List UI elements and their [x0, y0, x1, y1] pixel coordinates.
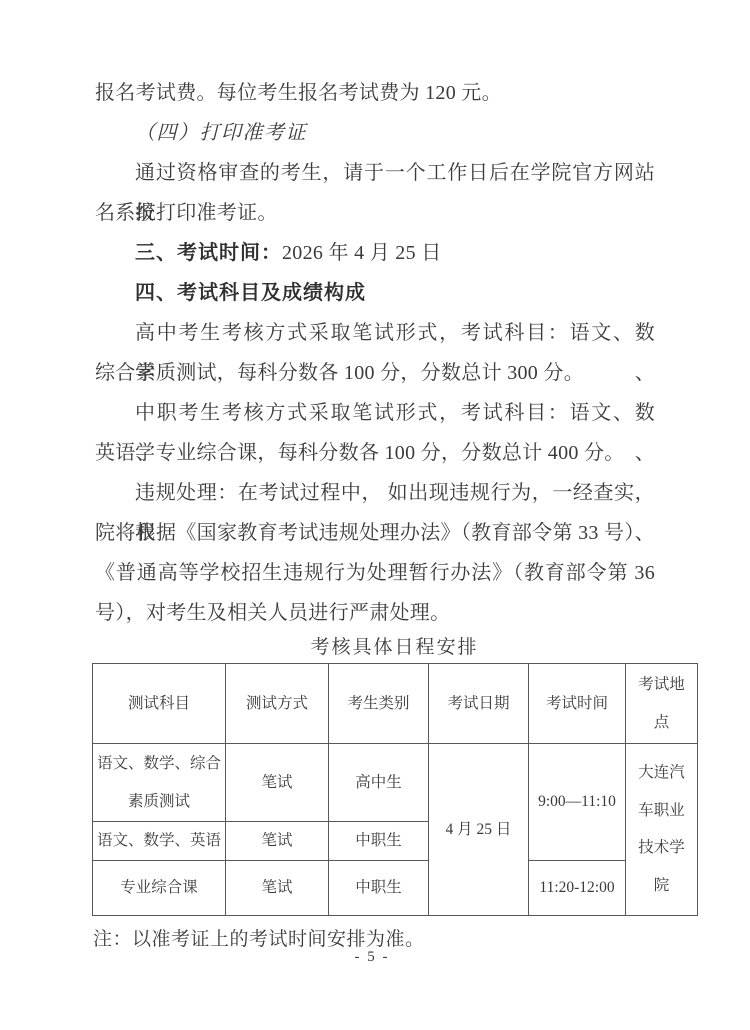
header-cell-location: 考试地点	[626, 664, 698, 744]
exam-date-text: 2026 年 4 月 25 日	[282, 242, 442, 264]
schedule-table: 测试科目 测试方式 考生类别 考试日期 考试时间 考试地点 语文、数学、综合素质…	[92, 663, 698, 916]
table-row: 语文、数学、综合素质测试 笔试 高中生 4 月 25 日 9:00—11:10 …	[93, 744, 698, 822]
cell-mode: 笔试	[226, 822, 329, 861]
body-line: 号），对考生及相关人员进行严肃处理。	[95, 593, 655, 633]
table-header-row: 测试科目 测试方式 考生类别 考试日期 考试时间 考试地点	[93, 664, 698, 744]
body-line: 院将根据《国家教育考试违规处理办法》（教育部令第 33 号）、	[95, 513, 655, 553]
table-row: 专业综合课 笔试 中职生 11:20-12:00	[93, 860, 698, 915]
body-line: 违规处理：在考试过程中， 如出现违规行为，一经查实，我	[95, 473, 655, 513]
cell-mode: 笔试	[226, 744, 329, 822]
cell-category: 高中生	[329, 744, 429, 822]
body-line: 中职考生考核方式采取笔试形式，考试科目：语文、数学、	[95, 393, 655, 433]
section-heading-exam-subjects: 四、考试科目及成绩构成	[95, 273, 655, 313]
body-line: 综合素质测试，每科分数各 100 分，分数总计 300 分。	[95, 353, 655, 393]
cell-subject: 语文、数学、综合素质测试	[93, 744, 226, 822]
cell-category: 中职生	[329, 822, 429, 861]
body-line: 报名考试费。每位考生报名考试费为 120 元。	[95, 73, 655, 113]
header-cell-time: 考试时间	[529, 664, 626, 744]
body-line: 高中考生考核方式采取笔试形式，考试科目：语文、数学、	[95, 313, 655, 353]
header-cell-subject: 测试科目	[93, 664, 226, 744]
body-line: 英语、专业综合课，每科分数各 100 分，分数总计 400 分。	[95, 433, 655, 473]
section-heading-label: 三、考试时间：	[135, 242, 282, 264]
header-cell-category: 考生类别	[329, 664, 429, 744]
schedule-table-caption: 考核具体日程安排	[92, 633, 697, 663]
cell-subject: 专业综合课	[93, 860, 226, 915]
body-line: 名系统打印准考证。	[95, 193, 655, 233]
body-text: 报名考试费。每位考生报名考试费为 120 元。 （四）打印准考证 通过资格审查的…	[95, 73, 655, 633]
cell-mode: 笔试	[226, 860, 329, 915]
cell-exam-location: 大连汽车职业技术学院	[626, 744, 698, 916]
cell-category: 中职生	[329, 860, 429, 915]
cell-exam-date: 4 月 25 日	[429, 744, 529, 916]
body-line: 通过资格审查的考生，请于一个工作日后在学院官方网站报	[95, 153, 655, 193]
page-number: - 5 -	[0, 947, 744, 967]
body-line: 《普通高等学校招生违规行为处理暂行办法》（教育部令第 36	[95, 553, 655, 593]
subsection-heading-print-ticket: （四）打印准考证	[95, 113, 655, 153]
header-cell-mode: 测试方式	[226, 664, 329, 744]
cell-exam-time-noon: 11:20-12:00	[529, 860, 626, 915]
cell-exam-time-morning: 9:00—11:10	[529, 744, 626, 861]
cell-subject: 语文、数学、英语	[93, 822, 226, 861]
header-cell-date: 考试日期	[429, 664, 529, 744]
section-heading-exam-time: 三、考试时间：2026 年 4 月 25 日	[95, 233, 655, 273]
document-page: 报名考试费。每位考生报名考试费为 120 元。 （四）打印准考证 通过资格审查的…	[0, 0, 750, 1030]
